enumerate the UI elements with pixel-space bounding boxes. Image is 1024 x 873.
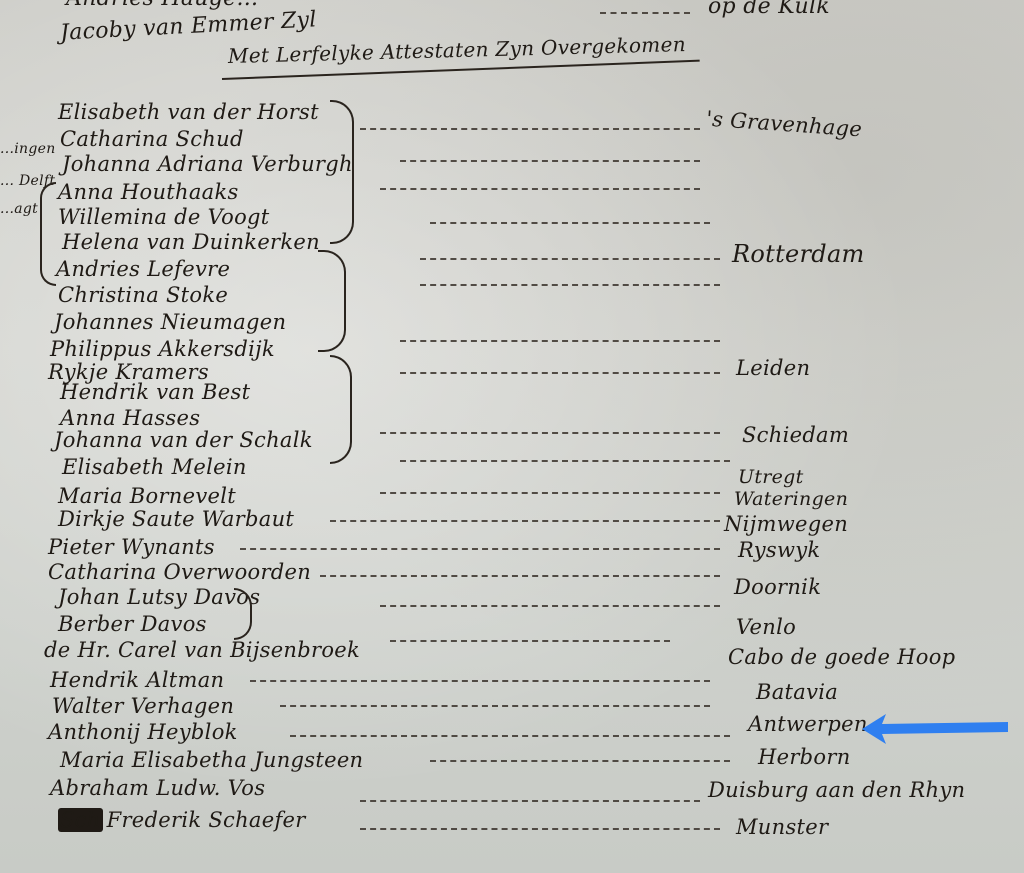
entry-place: Batavia [756,680,838,704]
group-brace-gravenhage [330,100,354,244]
document-page: Andries Hauge... op de Kulk Jacoby van E… [0,0,1024,873]
leader-line [240,548,720,550]
leader-line [390,640,670,642]
leader-line [330,520,720,522]
margin-note-line-1: ...ingen [0,138,56,160]
leader-line [430,760,730,762]
entry-name: Walter Verhagen [52,694,234,718]
top-fragment-name-1: Andries Hauge... [66,0,258,11]
group-brace-leiden [330,355,352,464]
entry-place: Schiedam [742,423,849,447]
leader-line [380,492,720,494]
group-brace-davos [234,588,252,640]
entry-name: Catharina Schud [60,127,244,151]
leader-line [400,160,700,162]
entry-name: Andries Lefevre [56,257,230,281]
entry-name: Berber Davos [58,612,207,636]
entry-place: Wateringen [734,488,848,510]
entry-place: Utregt [738,466,804,488]
entry-place: Duisburg aan den Rhyn [708,778,965,802]
leader-line [420,258,720,260]
leader-line [380,605,720,607]
entry-place: Herborn [758,745,851,769]
entry-name: de Hr. Carel van Bijsenbroek [44,638,360,662]
struck-out-text: Sch [58,808,103,832]
entry-name: Abraham Ludw. Vos [50,776,265,800]
leader-line [400,340,720,342]
entry-place-highlighted: Antwerpen [748,712,868,736]
entry-name: Elisabeth Melein [62,455,247,479]
leader-line [400,372,720,374]
leader-line [320,575,720,577]
entry-name: Helena van Duinkerken [62,230,320,254]
entry-name-text: Frederik Schaefer [107,808,306,832]
entry-place: Leiden [736,356,810,380]
left-margin-brace [40,182,56,286]
leader-line [280,705,710,707]
entry-name: Elisabeth van der Horst [58,100,319,124]
entry-name: Johannes Nieumagen [54,310,286,334]
entry-name: Willemina de Voogt [58,205,270,229]
entry-place: Ryswyk [738,538,820,562]
leader-line [380,432,720,434]
entry-name: Anna Hasses [60,406,200,430]
entry-place: 's Gravenhage [705,107,862,142]
entry-name: Maria Bornevelt [58,484,236,508]
margin-note-line-3: ...agt [0,198,38,220]
leader-line [430,222,710,224]
entry-name: Johanna van der Schalk [54,428,313,452]
entry-name: Catharina Overwoorden [48,560,311,584]
entry-place: Rotterdam [732,240,865,268]
entry-place: Munster [736,815,828,839]
entry-name: Anna Houthaaks [58,180,239,204]
leader-line [420,284,720,286]
leader-line [380,188,700,190]
entry-name: Anthonij Heyblok [48,720,238,744]
entry-name: Johanna Adriana Verburgh [62,152,353,176]
entry-name: Christina Stoke [58,283,228,307]
entry-name: Maria Elisabetha Jungsteen [60,748,363,772]
group-brace-rotterdam [318,250,346,352]
entry-name: Pieter Wynants [48,535,215,559]
top-fragment-place-1: op de Kulk [708,0,830,19]
entry-place: Venlo [736,615,796,639]
top-fragment-name-2: Jacoby van Emmer Zyl [60,7,318,45]
leader-line [400,460,730,462]
entry-name: Dirkje Saute Warbaut [58,507,294,531]
leader-line [250,680,710,682]
entry-place: Nijmwegen [724,512,848,536]
leader-line [360,828,720,830]
leader-line [600,12,690,14]
entry-place: Doornik [734,575,821,599]
entry-name: SchFrederik Schaefer [58,808,306,832]
entry-name: Hendrik Altman [50,668,224,692]
entry-name: Philippus Akkersdijk [50,337,275,361]
leader-line [360,128,700,130]
leader-line [360,800,700,802]
leader-line [290,735,730,737]
entry-name: Hendrik van Best [60,380,250,404]
entry-place: Cabo de goede Hoop [728,645,955,669]
arrow-left-icon [862,712,1010,746]
entry-name: Johan Lutsy Davos [58,585,260,609]
